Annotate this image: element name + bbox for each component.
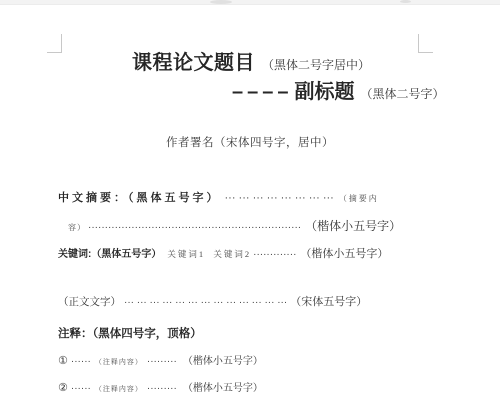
author-line: 作者署名（宋体四号字，居中） (0, 137, 500, 150)
note-2-content: （注释内容） (95, 385, 143, 393)
abstract-font-note: （楷体小五号字） (305, 220, 401, 234)
abstract-wrap-start: （摘要内 (339, 194, 379, 203)
abstract-line-2: 容）······································… (68, 220, 401, 234)
abstract-line-1: 中文摘要：（黑体五号字）··· ··· ··· ··· ··· ··· ··· … (58, 192, 379, 205)
note-2-dots-leading: ······ (71, 383, 91, 395)
body-text-line: （正文文字）··· ··· ··· ··· ··· ··· ··· ··· ··… (58, 296, 367, 309)
keywords-dots: ············· (253, 249, 296, 261)
body-text-font-note: （宋体五号字） (290, 296, 367, 309)
top-edge-strip (0, 0, 500, 5)
subtitle-font-note: （黑体二号字） (361, 88, 445, 102)
keywords-items: 关键词1 关键词2 (167, 250, 251, 260)
title-line: 课程论文题目（黑体二号字居中） (132, 52, 370, 75)
note-1-content: （注释内容） (95, 358, 143, 366)
body-text-label: （正文文字） (58, 296, 121, 308)
notes-heading-line: 注释：（黑体四号字，顶格） (58, 328, 202, 341)
keywords-line: 关键词:（黑体五号字）关键词1 关键词2·············（楷体小五号字… (58, 248, 388, 261)
note-item-1: ①······（注释内容）·········（楷体小五号字） (58, 355, 263, 368)
note-1-dots-leading: ······ (71, 356, 91, 368)
note-2-marker: ② (58, 382, 68, 395)
subtitle-dashes: –––– (232, 81, 293, 104)
author-text: 作者署名（宋体四号字，居中） (166, 137, 334, 150)
title-font-note: （黑体二号字居中） (262, 59, 370, 73)
note-2-font-note: （楷体小五号字） (183, 383, 263, 395)
page-title: 课程论文题目 (132, 52, 255, 75)
body-text-dots: ··· ··· ··· ··· ··· ··· ··· ··· ··· ··· … (124, 297, 287, 309)
abstract-wrap-end: 容） (68, 223, 86, 232)
note-1-dots-trailing: ········· (147, 356, 177, 368)
subtitle-line: ––––副标题（黑体二号字） (232, 81, 445, 104)
document-page: 课程论文题目（黑体二号字居中） ––––副标题（黑体二号字） 作者署名（宋体四号… (0, 0, 500, 405)
note-2-dots-trailing: ········· (147, 383, 177, 395)
abstract-dots-1: ··· ··· ··· ··· ··· ··· ··· ··· (225, 192, 334, 205)
note-1-marker: ① (58, 355, 68, 368)
top-edge-smudge-right (400, 0, 411, 3)
note-item-2: ②······（注释内容）·········（楷体小五号字） (58, 382, 263, 395)
page-margin-mark-top-left (47, 34, 62, 53)
notes-heading: 注释：（黑体四号字，顶格） (58, 328, 202, 341)
keywords-label: 关键词:（黑体五号字） (58, 249, 161, 261)
abstract-label: 中文摘要：（黑体五号字） (58, 192, 221, 205)
page-margin-mark-top-right (418, 34, 433, 53)
top-edge-smudge-left (210, 0, 232, 4)
keywords-font-note: （楷体小五号字） (300, 248, 388, 261)
subtitle-text: 副标题 (295, 81, 355, 104)
abstract-dots-2: ········································… (88, 222, 301, 234)
note-1-font-note: （楷体小五号字） (183, 356, 263, 368)
